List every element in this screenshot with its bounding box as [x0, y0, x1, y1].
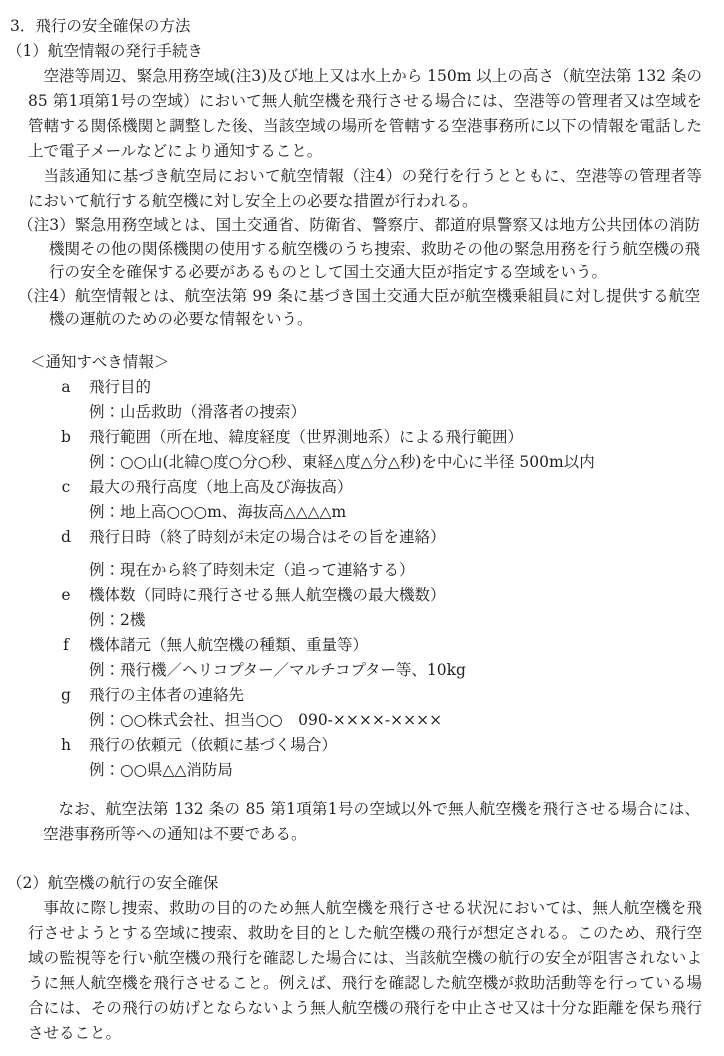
item-title: 機体数（同時に飛行させる無人航空機の最大機数） [89, 586, 446, 604]
section2-paragraph: 事故に際し捜索、救助の目的のため無人航空機を飛行させる状況においては、無人航空機… [28, 896, 702, 1046]
item-letter: c [55, 475, 77, 500]
item-letter: e [55, 583, 77, 608]
item-example-b: 例：○○山(北緯○度○分○秒、東経△度△分△秒)を中心に半径 500m以内 [89, 450, 702, 475]
item-example-g: 例：○○株式会社、担当○○ 090-××××-×××× [89, 708, 702, 733]
list-item-f: f 機体諸元（無人航空機の種類、重量等） [89, 633, 702, 658]
item-title: 飛行範囲（所在地、緯度経度（世界測地系）による飛行範囲） [89, 428, 523, 446]
list-item-g: g 飛行の主体者の連絡先 [89, 683, 702, 708]
list-item-e: e 機体数（同時に飛行させる無人航空機の最大機数） [89, 583, 702, 608]
note-4: （注4）航空情報とは、航空法第 99 条に基づき国土交通大臣が航空機乗組員に対し… [49, 285, 700, 332]
item-title: 機体諸元（無人航空機の種類、重量等） [89, 636, 368, 654]
item-letter: d [55, 525, 77, 550]
item-example-a: 例：山岳救助（滑落者の捜索） [89, 400, 702, 425]
item-example-f: 例：飛行機／ヘリコプター／マルチコプター等、10kg [89, 658, 702, 683]
item-title: 飛行の主体者の連絡先 [89, 686, 244, 704]
list-item-h: h 飛行の依頼元（依頼に基づく場合） [89, 733, 702, 758]
item-letter: h [55, 733, 77, 758]
note-3: （注3）緊急用務空域とは、国土交通省、防衛省、警察庁、都道府県警察又は地方公共団… [49, 214, 700, 285]
list-item-d: d 飛行日時（終了時刻が未定の場合はその旨を連絡） [89, 525, 702, 550]
item-letter: g [55, 683, 77, 708]
item-letter: b [55, 425, 77, 450]
list-item-c: c 最大の飛行高度（地上高及び海抜高） [89, 475, 702, 500]
item-title: 飛行日時（終了時刻が未定の場合はその旨を連絡） [89, 528, 446, 546]
item-letter: a [55, 375, 77, 400]
item-example-h: 例：○○県△△消防局 [89, 758, 702, 783]
list-item-a: a 飛行目的 [89, 375, 702, 400]
document-title: 3．飛行の安全確保の方法 [10, 14, 702, 39]
item-title: 飛行目的 [89, 378, 151, 396]
section1-paragraph-2: 当該通知に基づき航空局において航空情報（注4）の発行を行うとともに、空港等の管理… [28, 164, 702, 214]
section1-paragraph-1: 空港等周辺、緊急用務空域(注3)及び地上又は水上から 150m 以上の高さ（航空… [28, 64, 702, 164]
list-item-b: b 飛行範囲（所在地、緯度経度（世界測地系）による飛行範囲） [89, 425, 702, 450]
info-list-header: ＜通知すべき情報＞ [30, 350, 724, 375]
section1-closing-paragraph: なお、航空法第 132 条の 85 第1項第1号の空域以外で無人航空機を飛行させ… [43, 797, 700, 847]
item-title: 飛行の依頼元（依頼に基づく場合） [89, 736, 337, 754]
item-title: 最大の飛行高度（地上高及び海抜高） [89, 478, 353, 496]
section2-heading: （2）航空機の航行の安全確保 [7, 871, 702, 896]
item-letter: f [55, 633, 77, 658]
item-example-d: 例：現在から終了時刻未定（追って連絡する） [89, 558, 702, 583]
section1-heading: （1）航空情報の発行手続き [7, 39, 702, 64]
item-example-c: 例：地上高○○○m、海抜高△△△△m [89, 500, 702, 525]
document-page: 3．飛行の安全確保の方法 （1）航空情報の発行手続き 空港等周辺、緊急用務空域(… [0, 0, 724, 1056]
item-example-e: 例：2機 [89, 608, 702, 633]
